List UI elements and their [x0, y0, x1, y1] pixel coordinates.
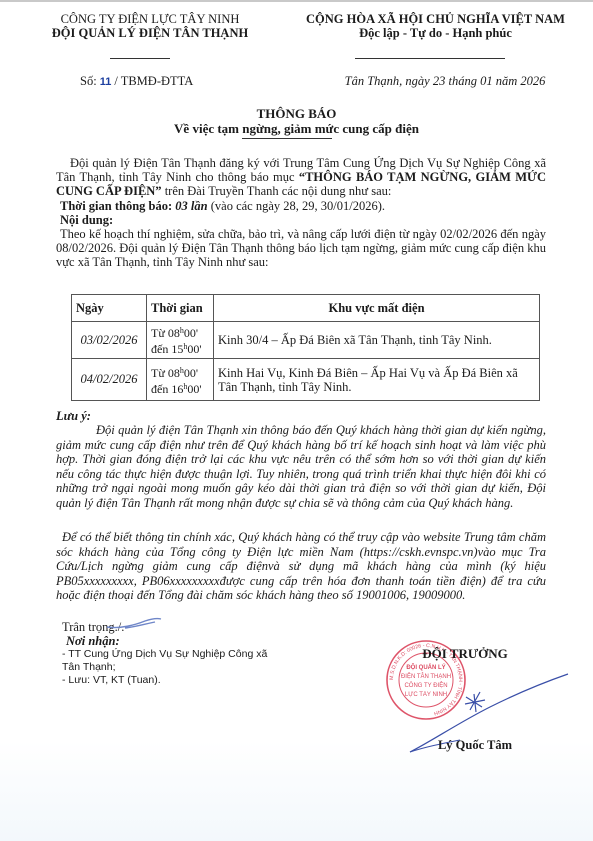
motto-underline [355, 58, 505, 59]
note-paragraph-1: Đội quản lý điện Tân Thạnh xin thông báo… [56, 423, 546, 511]
doc-number-label: Số: [80, 74, 97, 88]
announce-label: Thời gian thông báo: [60, 199, 172, 213]
table-row: 03/02/2026 Từ 08h00' đến 15h00' Kinh 30/… [72, 322, 540, 359]
to-hour: 16 [171, 382, 183, 396]
row-time: Từ 08h00' đến 16h00' [147, 359, 214, 401]
content-paragraph: Theo kế hoạch thí nghiệm, sửa chữa, bảo … [56, 227, 546, 269]
issuer-parent: CÔNG TY ĐIỆN LỰC TÂY NINH [30, 12, 270, 26]
row-date: 03/02/2026 [72, 322, 147, 359]
row-area: Kinh 30/4 – Ấp Đá Biên xã Tân Thạnh, tỉn… [214, 322, 540, 359]
content-label-line: Nội dung: [60, 213, 550, 227]
issuer-underline [110, 58, 170, 59]
doc-number-value: 11 [100, 76, 112, 88]
intro-text-end: trên Đài Truyền Thanh các nội dung như s… [162, 184, 392, 198]
document-page: CÔNG TY ĐIỆN LỰC TÂY NINH ĐỘI QUẢN LÝ ĐI… [0, 0, 593, 841]
document-number: Số:11/ TBMĐ-ĐTTA [80, 74, 193, 89]
recipients-list: - TT Cung Ứng Dịch Vụ Sự Nghiệp Công xã … [62, 648, 272, 687]
col-header-time: Thời gian [147, 295, 214, 322]
national-header: CỘNG HÒA XÃ HỘI CHỦ NGHĨA VIỆT NAM Độc l… [278, 12, 593, 40]
note-paragraph-2: Để có thể biết thông tin chính xác, Quý … [56, 530, 546, 603]
row-date: 04/02/2026 [72, 359, 147, 401]
document-title-block: THÔNG BÁO Về việc tạm ngừng, giảm mức cu… [0, 106, 593, 136]
recipient-item: - Lưu: VT, KT (Tuan). [62, 674, 272, 687]
national-motto: Độc lập - Tự do - Hạnh phúc [278, 26, 593, 40]
note-label: Lưu ý: [56, 409, 546, 424]
from-hour: 08 [168, 326, 180, 340]
col-header-area: Khu vực mất điện [214, 295, 540, 322]
place-date: Tân Thạnh, ngày 23 tháng 01 năm 2026 [300, 74, 590, 89]
document-subject: Về việc tạm ngừng, giảm mức cung cấp điệ… [0, 121, 593, 136]
to-hour: 15 [171, 342, 183, 356]
initials-mark-icon [105, 615, 165, 631]
announce-count: 03 lần [175, 199, 207, 213]
col-header-date: Ngày [72, 295, 147, 322]
to-minute: 00' [187, 342, 201, 356]
from-minute: 00' [184, 366, 198, 380]
to-label: đến [151, 382, 168, 396]
row-time: Từ 08h00' đến 15h00' [147, 322, 214, 359]
issuer-unit: ĐỘI QUẢN LÝ ĐIỆN TÂN THẠNH [30, 26, 270, 40]
from-hour: 08 [168, 366, 180, 380]
from-label: Từ [151, 326, 165, 340]
nation-name: CỘNG HÒA XÃ HỘI CHỦ NGHĨA VIỆT NAM [278, 12, 593, 26]
recipients-label: Nơi nhận: [66, 634, 120, 649]
to-minute: 00' [187, 382, 201, 396]
from-minute: 00' [184, 326, 198, 340]
to-label: đến [151, 342, 168, 356]
signer-name: Lý Quốc Tâm [410, 738, 540, 753]
document-title: THÔNG BÁO [0, 106, 593, 121]
row-area: Kinh Hai Vụ, Kinh Đá Biên – Ấp Hai Vụ và… [214, 359, 540, 401]
title-underline [242, 138, 332, 139]
doc-code: / TBMĐ-ĐTTA [114, 74, 193, 88]
issuer-block: CÔNG TY ĐIỆN LỰC TÂY NINH ĐỘI QUẢN LÝ ĐI… [30, 12, 270, 40]
content-label: Nội dung: [60, 213, 113, 227]
table-row: 04/02/2026 Từ 08h00' đến 16h00' Kinh Hai… [72, 359, 540, 401]
from-label: Từ [151, 366, 165, 380]
table-header-row: Ngày Thời gian Khu vực mất điện [72, 295, 540, 322]
outage-schedule-table: Ngày Thời gian Khu vực mất điện 03/02/20… [71, 294, 540, 401]
intro-paragraph: Đội quản lý Điện Tân Thạnh đăng ký với T… [56, 156, 546, 198]
announce-line: Thời gian thông báo: 03 lần (vào các ngà… [60, 199, 550, 213]
recipient-item: - TT Cung Ứng Dịch Vụ Sự Nghiệp Công xã … [62, 648, 272, 674]
announce-dates: (vào các ngày 28, 29, 30/01/2026). [211, 199, 385, 213]
